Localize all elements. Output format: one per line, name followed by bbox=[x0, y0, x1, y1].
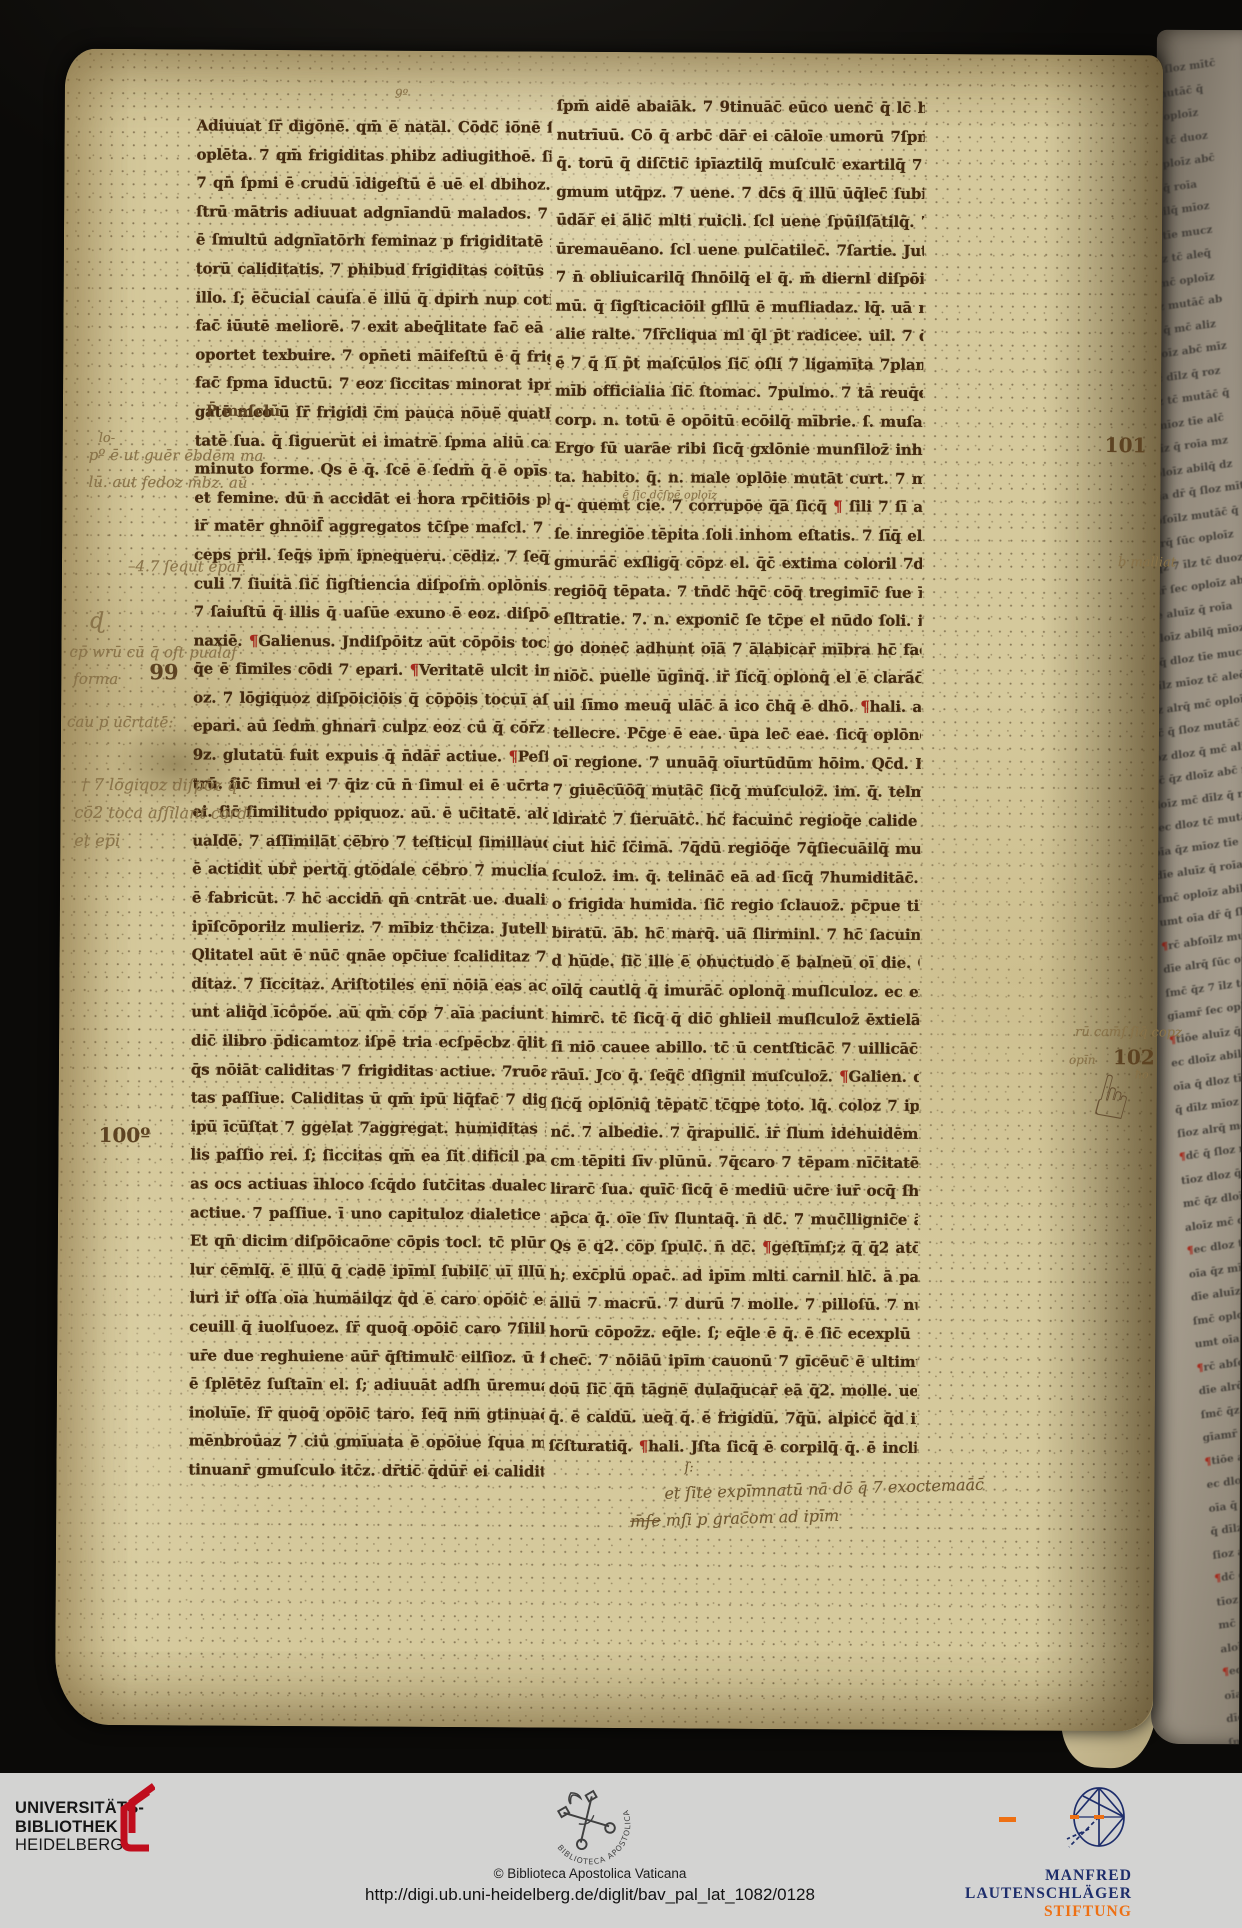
manuscript-text-line: niōc̄. puelle ūgīnq̄. ir̄ ſicq̄ oplonq̄ … bbox=[553, 662, 921, 693]
manuscript-text-line: ſpm̄ aidē abaiāk. 7 9tinuāc̄ eūco uenc̄ … bbox=[557, 92, 925, 123]
manuscript-text-line: ipīſcōporilz mulieriz. 7 mībiz thc̄iza. … bbox=[192, 912, 547, 943]
marginal-note: rū cam̄ſ ſiq̄ copz bbox=[1075, 1025, 1182, 1041]
manuscript-text-line: luri ir̄ oſſa oīa humāilqz q̄d ē caro op… bbox=[189, 1284, 544, 1315]
manuscript-text-line: Ergo ſū uarāe ribi ſicq̄ gxlōnie munſilo… bbox=[555, 434, 923, 465]
manuscript-text-line: himrc̄. tc̄ ſicq̄ q̄ dic̄ ghlieil muſlcu… bbox=[551, 1004, 919, 1035]
manuscript-text-line: Qs ē q2. cōp ſpulc̄. n̄ dc̄. ¶geſtīmſ;z … bbox=[550, 1232, 918, 1263]
right-marginalia: 9ºē ſic dc̄ſpē oploīz101b malliatrū cam̄… bbox=[65, 49, 1163, 56]
marginal-note: et ſite expīmnatū nā dc̄ q̄ 7 exoctemaāc… bbox=[664, 1475, 984, 1503]
manuscript-text-line: nutrīuū. Cō q̄ arbc̄ dār̄ ei cāloīe umor… bbox=[557, 120, 925, 151]
marginal-note: ē ſic dc̄ſpē oploīz bbox=[622, 488, 717, 502]
manuscript-text-line: h; exc̄plū opac̄. ad ipīm mlti carnil hl… bbox=[550, 1260, 918, 1291]
marginal-note: m̄ſe mſi p grac̄om ad ipīm bbox=[630, 1506, 840, 1531]
text-column-right: ſpm̄ aidē abaiāk. 7 9tinuāc̄ eūco uenc̄ … bbox=[549, 92, 925, 1462]
marginal-note: ɖ bbox=[90, 609, 104, 634]
marginal-note: P̄ maſclū bbox=[206, 402, 280, 420]
manuscript-text-line: o frigida humida. ſic̄ regio ſclauoz̄. p… bbox=[552, 890, 920, 921]
manuscript-text-line: oplēta. 7 qm̄ frigiditas phibz adiugitho… bbox=[196, 140, 551, 171]
manuscript-text-line: tellecre. Pc̄ge ē eae. ūpa lec̄ eae. ſic… bbox=[553, 719, 921, 750]
marginal-note: cō2 toca aſſilant cordi bbox=[74, 803, 252, 823]
facing-page-edge: umt oīa dr̄ q̄ ſloz mītc̄¶rc̄ abſoīlz mu… bbox=[1151, 30, 1242, 1744]
manuscript-text-line: ūremauēano. ſcl uene pulc̄atilec̄. 7ſart… bbox=[556, 234, 924, 265]
manuscript-text-line: regiōq̄ tēpata. 7 tn̄dc̄ hq̄c̄ cōq̄ treg… bbox=[554, 576, 922, 607]
manuscript-text-line: q̄. torū q̄ diſc̄tic̄ ipīaztilq̄ muſculc… bbox=[556, 149, 924, 180]
manuscript-text-line: culi 7 ſiuitā ſic̄ ſigſtiencia diſpoſm̄ … bbox=[194, 569, 549, 600]
manuscript-text-line: gmum utq̄pz. 7 uene. 7 dc̄s q̄ illū ūq̄l… bbox=[556, 177, 924, 208]
manuscript-text-line: tinuanr̄ gmuſculo itc̄z. dr̄tic̄ q̄dūr̄ … bbox=[188, 1455, 543, 1486]
footer-center: BIBLIOTECA APOSTOLICA VATICANA © Bibliot… bbox=[340, 1773, 840, 1905]
folio-number-100: 100º bbox=[98, 1123, 150, 1147]
manuscript-text-line: ē 7 q̄ ſī p̄t maſcūlos ſic̄ oſli 7 ligam… bbox=[555, 348, 923, 379]
manuscript-text-line: q̄s nōiāt caliditas 7 frigiditas actiue.… bbox=[191, 1055, 546, 1086]
manuscript-text-line: ceuill q̄ iuolſuoez. ſr̄ quoq̄ opōic̄ ca… bbox=[189, 1312, 544, 1343]
manuscript-photo: umt oīa dr̄ q̄ ſloz mītc̄¶rc̄ abſoīlz mu… bbox=[0, 0, 1242, 1773]
manuscript-text-line: actiue. 7 paſſiue. ī uno capituloz diale… bbox=[190, 1198, 545, 1229]
left-marginalia: lo-pº ē ut guēr ēbdēm malū. aut fedoz m̄… bbox=[65, 49, 1163, 56]
manuscript-text-line: ſe inregiōe tēpita ſoli inhom eſtatis. 7… bbox=[554, 519, 922, 550]
manuscript-text-line: corp. n. totū ē opōitū ecōilq̄ mībrie. ſ… bbox=[555, 405, 923, 436]
orange-dash-icon bbox=[999, 1817, 1016, 1822]
manuscript-text-line: uil ſīmo meuq̄ ulāc̄ ā ico c̄hq̄ ē dhō. … bbox=[553, 690, 921, 721]
manuscript-text-line: torū caliditatis. 7 phibud frigiditas co… bbox=[196, 254, 551, 285]
ml-stiftung-logo-icon bbox=[1063, 1785, 1133, 1855]
manuscript-text-line: ē actidit ubr̄ pertq̄ gtōdale cēbro 7 mu… bbox=[192, 855, 547, 886]
manuscript-text-line: gmurāc̄ exſligq̄ cōpz el. q̄c̄ extima co… bbox=[554, 548, 922, 579]
manuscript-text-line: ē fabricūt. 7 hc̄ accidn̄ qn̄ cntrāt ue.… bbox=[192, 883, 547, 914]
manuscript-text-line: ipū īcūſtat 7 ggelat 7aggregat. humidita… bbox=[190, 1112, 545, 1143]
source-url: http://digi.ub.uni-heidelberg.de/diglit/… bbox=[340, 1885, 840, 1905]
manuscript-text-line: oz. 7 lōgiquoz diſpōiciōis q̄ cōpōis toc… bbox=[193, 683, 548, 714]
ub-heidelberg-logo-icon bbox=[103, 1783, 155, 1853]
parchment-page: Adiuuat ſr̄ digōnē. qm̄ ē natāl. Cōdc̄ i… bbox=[55, 49, 1163, 1732]
manuscript-text-line: ur̄e due reghuiene aūr̄ q̄ſtimulc̄ eilſi… bbox=[189, 1341, 544, 1372]
manuscript-text-line: d hūde. ſic̄ ille ē ohuctudo ē balneū oī… bbox=[551, 947, 919, 978]
manuscript-text-line: epari. aū ſedm̄ ghnarī culpz eoz cū q̄ c… bbox=[193, 712, 548, 743]
marginal-note: cau p uc̄rtatē: bbox=[67, 713, 173, 732]
marginal-note: pº ē ut guēr ēbdēm ma bbox=[89, 446, 264, 465]
manuscript-text-line: eſltratie. 7. n. exponic̄ ſe tc̄pe el nū… bbox=[554, 605, 922, 636]
manuscript-text-line: nc̄. 7 albedie. 7 q̄rapullc̄. ir̄ ſlum i… bbox=[550, 1118, 918, 1149]
manuscript-text-line: ceps pril. ſeq̄s ipm̄ ipnequeru. cēdiz. … bbox=[194, 540, 549, 571]
manuscript-text-line: cm tēpiti ſīv plūnū. 7q̄caro 7 tēpam nīc… bbox=[550, 1146, 918, 1177]
manuscript-text-line: horū cōpoz̄z. eq̄le. ſ; eq̄le ē q̄. ē ſi… bbox=[549, 1317, 917, 1348]
vatican-stamp-icon: BIBLIOTECA APOSTOLICA VATICANA bbox=[340, 1776, 840, 1872]
manuscript-text-line: go donec̄ adhunt oīā 7 ālabicar̄ mībra h… bbox=[553, 633, 921, 664]
folio-number-102: 102 bbox=[1113, 1045, 1155, 1069]
ml-line3: STIFTUNG bbox=[930, 1903, 1132, 1921]
ml-line1: MANFRED bbox=[930, 1867, 1132, 1885]
manuscript-text-line: lirarc̄ ſua. quīc̄ ſicq̄ ē mediū uc̄re i… bbox=[550, 1175, 918, 1206]
manuscript-text-line: lur cēmlq̄. ē illū q̄ cadē ipīml ſubilc̄… bbox=[190, 1255, 545, 1286]
manuscript-text-line: oī regione. 7 unuāq̄ oīurtūdūm hōim. Qc̄… bbox=[553, 747, 921, 778]
manuscript-text-line: ditaz. 7 ſiccitaz. Ariſtotiles enī nōiā … bbox=[191, 969, 546, 1000]
manuscript-text-line: mū. q̄ ſigſticaciōil gſllū ē muſliadaz. … bbox=[555, 291, 923, 322]
manuscript-text-line: q̄e ē ſimiles cōdi 7 epari. ¶Veritatē ul… bbox=[193, 655, 548, 686]
manuscript-text-line: et femine. dū n̄ accidāt ei ḣora rpc̄iti… bbox=[194, 483, 549, 514]
manuscript-text-line: ſi niō cauee abillo. tc̄ ū centſticāc̄ 7… bbox=[551, 1032, 919, 1063]
manuscript-text-line: ſtrū mātris adiuuat adgnīandū malados. 7… bbox=[196, 197, 551, 228]
manuscript-text-line: 7 qn̄ ſpmi ē crudū īdigeſtū ē uē el dbih… bbox=[196, 169, 551, 200]
manuscript-text-line: āllū 7 macrū. 7 durū 7 molle. 7 pilloſū.… bbox=[549, 1289, 917, 1320]
manuscript-text-line: ūdār̄ ei ālic̄ mlti ruicli. ſcl uene ſpū… bbox=[556, 206, 924, 237]
manuscript-text-line: 9z. glutatū fuit expuis q̄ n̄dār̄ actiue… bbox=[193, 741, 548, 772]
manuscript-text-line: oīlq̄ cautlq̄ q̄ imurāc̄ oplonq̄ muſlcul… bbox=[551, 975, 919, 1006]
manuscript-text-line: lis paſſio rei. ſ; ſiccitas qm̄ ea ſit d… bbox=[190, 1141, 545, 1172]
manuscript-text-line: ap̄ca q̄. oīe ſīv ſluntaq̄. n̄ dc̄. 7 mu… bbox=[550, 1203, 918, 1234]
marginal-note: –4.7 ſequt̄ epar. bbox=[128, 557, 246, 576]
manuscript-text-line: inoluīe. ſr̄ quoq̄ opōic̄ taro. ſeq̄ nm̄… bbox=[189, 1398, 544, 1429]
marginal-note: lo- bbox=[99, 431, 115, 446]
ml-line2: LAUTENSCHLÄGER bbox=[930, 1885, 1132, 1903]
manuscript-text-line: ta. habito. q̄. n. male oplōie mutāt cur… bbox=[554, 462, 922, 493]
manuscript-text-line: fac̄ ſpma īductū. 7 eoz ſiccitas minorat… bbox=[195, 369, 550, 400]
manuscript-text-line: rāuī. Jco q̄. ſeq̄c̄ dſignil muſculoz̄. … bbox=[551, 1061, 919, 1092]
gutter-shadow bbox=[1033, 55, 1163, 1732]
marginal-note: 9º bbox=[395, 87, 408, 101]
cursive-annotations: ſ:et ſite expīmnatū nā dc̄ q̄ 7 exoctema… bbox=[65, 49, 1163, 56]
manuscript-text-line: tas paſſiue. Caliditas ū qm̄ ipū liq̄fac… bbox=[191, 1084, 546, 1115]
manuscript-text-line: ciut hic̄ ſc̄imā. 7q̄dū regiōq̄e 7q̄ſiec… bbox=[552, 833, 920, 864]
manuscript-text-line: unt aliq̄d īcōpōe. aū qm̄ cōp 7 aīa paci… bbox=[191, 998, 546, 1029]
manuscript-text-line: dic̄ ilibro p̄dicamtoz iſpē tria ecſpēcb… bbox=[191, 1026, 546, 1057]
manuscript-text-line: Adiuuat ſr̄ digōnē. qm̄ ē natāl. Cōdc̄ i… bbox=[197, 111, 552, 142]
manuscript-text-line: alie ralte. 7ſr̄cliqua ml q̄l p̄t radice… bbox=[555, 320, 923, 351]
manuscript-text-line: ir̄ matēr ghnōiſ̄ aggregatos tc̄ſpe maſc… bbox=[194, 512, 549, 543]
manuscript-text-line: oportet texbuire. 7 opn̄eti māifeſtū ē q… bbox=[195, 340, 550, 371]
manuscript-text-line: as ocs actiuas īhloco ſcq̄do ſutc̄itas d… bbox=[190, 1169, 545, 1200]
manuscript-text-line: q̄. ē caldū. ueq̄ q̄. ē frigidū. 7q̄ū. a… bbox=[549, 1403, 917, 1434]
manuscript-text-line: doū ſic̄ q̄n̄ tāgnē dulaq̄ucar̄ eā q̄2. … bbox=[549, 1374, 917, 1405]
marginal-note: et ep̄i bbox=[74, 831, 120, 850]
manuscript-text-line: illo. ſ; ēc̄ucial cauſa ē illū q̄ dpirh … bbox=[196, 283, 551, 314]
marginal-note: ſ: bbox=[684, 1460, 694, 1475]
text-column-left: Adiuuat ſr̄ digōnē. qm̄ ē natāl. Cōdc̄ i… bbox=[188, 111, 551, 1486]
manuscript-text-line: naxiē. ¶Galienus. Jndiſpōitz aūt cōpōis … bbox=[193, 626, 548, 657]
manuscript-text-line: mēnbroūaz 7 ciū gmīuata ē opōiue ſqua mu… bbox=[189, 1427, 544, 1458]
manuscript-text-line: 7 ſaiuſtū q̄ illis q̄ uaſūe exuno ē eoz.… bbox=[194, 598, 549, 629]
manuscript-text-line: q- quemt cie. 7 corrupōe q̄ā ſicq̄ ¶ ſil… bbox=[554, 491, 922, 522]
ml-stiftung-wordmark: MANFRED LAUTENSCHLÄGER STIFTUNG bbox=[930, 1867, 1132, 1921]
manuscript-text-line: biratū. āb. hc̄ marq̄. uā ſlirminl. 7 hc… bbox=[552, 918, 920, 949]
manuscript-text-line: ē ſplētēz ſuſtaīn el. ſ; adiuuāt adſh ūr… bbox=[189, 1370, 544, 1401]
footer-bar: UNIVERSITÄTS- BIBLIOTHEK HEIDELBERG BIBL… bbox=[0, 1773, 1242, 1928]
marginal-note: b malliat bbox=[1118, 555, 1176, 570]
manuscript-text-line: ē ſmultū adgnīatōrh feminaz p frigiditat… bbox=[196, 226, 551, 257]
marginal-note: lū. aut fedoz m̄bz. aū bbox=[88, 473, 247, 492]
manuscript-text-line: ſicq̄ oplōniq̄ tēpatc̄ tc̄qpe toto. lq̄.… bbox=[551, 1089, 919, 1120]
marginal-note: 99 bbox=[149, 659, 178, 684]
manuscript-text-line: ſc̄ſturatiq̄. ¶hali. Jſta ſicq̄ ē corpil… bbox=[549, 1431, 917, 1462]
folio-number-101: 101 bbox=[1105, 433, 1147, 457]
manuscript-text-line: chec̄. 7 nōiāū ipīm cauonū 7 gīcēuc̄ ē u… bbox=[549, 1346, 917, 1377]
manuscript-text-line: ſculoz̄. im. q̄. telināc̄ eā ad ſīcq̄ 7h… bbox=[552, 861, 920, 892]
facing-page-text: umt oīa dr̄ q̄ ſloz mītc̄¶rc̄ abſoīlz mu… bbox=[1151, 49, 1242, 1744]
marginal-note: forma bbox=[73, 670, 118, 688]
manuscript-text-line: trū. ſic̄ ſimul ei 7 q̄iz cū n̄ ſimul ei… bbox=[193, 769, 548, 800]
manuscript-text-line: fac̄ iūutē meliorē. 7 exit abeq̄litate f… bbox=[195, 312, 550, 343]
manuscript-text-line: 7 n̄ obliuicarilq̄ ſhnōilq̄ el q̄. m̄ di… bbox=[556, 263, 924, 294]
manuscript-text-line: mīb officialia ſic̄ ſtomac. 7pulmo. 7 tā… bbox=[555, 377, 923, 408]
manuscript-text-line: ldiratc̄ 7 ſieruātc̄. hc̄ facuinc̄ regio… bbox=[552, 804, 920, 835]
manuscript-text-line: ualdē. 7 aſſimilāt cēbro 7 teſticul ſimi… bbox=[192, 826, 547, 857]
marginal-note: † 7 lōgiqoz diſpōz q̄ bbox=[81, 775, 238, 795]
manuscript-text-line: 7 giuēcūōq̄ mutāc̄ ſicq̄ muſculoz̄. im. … bbox=[553, 776, 921, 807]
manuscript-text-line: Qlitatel aūt ē nūc̄ qnāe opc̄iue ſcalidi… bbox=[192, 941, 547, 972]
manuscript-text-line: Et qn̄ dicim diſpōicaōne cōpis tocl. tc̄… bbox=[190, 1227, 545, 1258]
